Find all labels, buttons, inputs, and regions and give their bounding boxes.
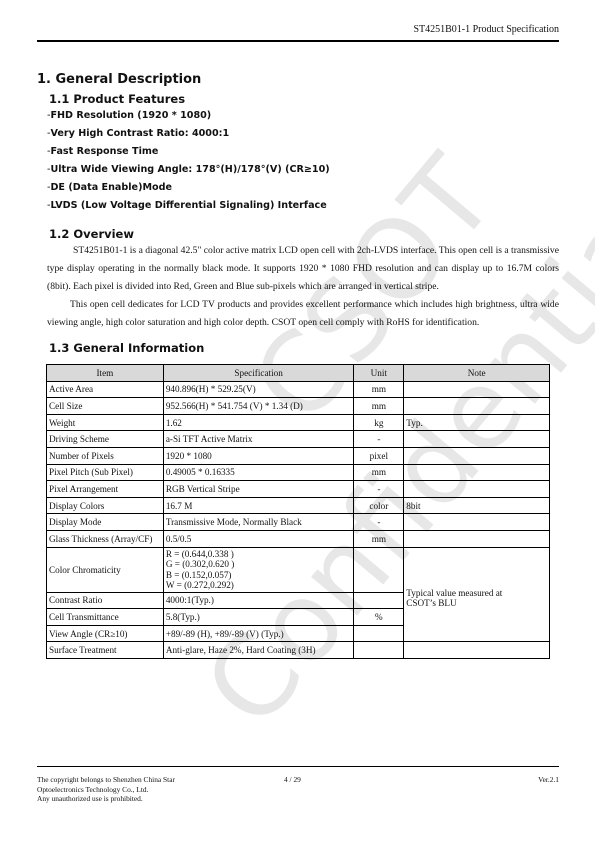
cell-unit: mm bbox=[354, 464, 404, 481]
cell-item: View Angle (CR≥10) bbox=[47, 625, 164, 642]
section-title: 1. General Description bbox=[37, 72, 201, 87]
feature-item: -FHD Resolution (1920 * 1080) bbox=[47, 110, 211, 121]
footer-divider bbox=[37, 766, 559, 767]
cell-item: Cell Size bbox=[47, 398, 164, 415]
cell-note bbox=[404, 530, 550, 547]
cell-spec: 952.566(H) * 541.754 (V) * 1.34 (D) bbox=[163, 398, 354, 415]
table-row: Display ModeTransmissive Mode, Normally … bbox=[47, 514, 550, 531]
cell-note bbox=[404, 447, 550, 464]
cell-unit: color bbox=[354, 497, 404, 514]
table-row: Glass Thickness (Array/CF)0.5/0.5mm bbox=[47, 530, 550, 547]
cell-item: Display Colors bbox=[47, 497, 164, 514]
cell-item: Weight bbox=[47, 414, 164, 431]
cell-spec: 0.5/0.5 bbox=[163, 530, 354, 547]
general-info-heading: 1.3 General Information bbox=[49, 341, 204, 355]
cell-spec: 4000:1(Typ.) bbox=[163, 592, 354, 609]
cell-spec: +89/-89 (H), +89/-89 (V) (Typ.) bbox=[163, 625, 354, 642]
cell-spec: 0.49005 * 0.16335 bbox=[163, 464, 354, 481]
col-header-item: Item bbox=[47, 365, 164, 382]
header-divider bbox=[37, 40, 559, 42]
cell-spec: 940.896(H) * 529.25(V) bbox=[163, 381, 354, 398]
cell-unit bbox=[354, 547, 404, 592]
table-row: Display Colors16.7 Mcolor8bit bbox=[47, 497, 550, 514]
cell-unit: - bbox=[354, 431, 404, 448]
cell-item: Glass Thickness (Array/CF) bbox=[47, 530, 164, 547]
table-row: Driving Schemea-Si TFT Active Matrix- bbox=[47, 431, 550, 448]
feature-item: -DE (Data Enable)Mode bbox=[47, 182, 172, 193]
cell-spec: 1.62 bbox=[163, 414, 354, 431]
cell-item: Number of Pixels bbox=[47, 447, 164, 464]
cell-item: Display Mode bbox=[47, 514, 164, 531]
cell-unit: % bbox=[354, 609, 404, 626]
cell-note bbox=[404, 464, 550, 481]
cell-unit bbox=[354, 625, 404, 642]
feature-item: -LVDS (Low Voltage Differential Signalin… bbox=[47, 200, 327, 211]
cell-spec: Transmissive Mode, Normally Black bbox=[163, 514, 354, 531]
cell-unit: - bbox=[354, 514, 404, 531]
table-row: Pixel ArrangementRGB Vertical Stripe- bbox=[47, 481, 550, 498]
cell-item: Active Area bbox=[47, 381, 164, 398]
table-row: Color ChromaticityR = (0.644,0.338 )G = … bbox=[47, 547, 550, 592]
overview-heading: 1.2 Overview bbox=[49, 227, 134, 241]
cell-unit: mm bbox=[354, 398, 404, 415]
cell-spec: 1920 * 1080 bbox=[163, 447, 354, 464]
cell-item: Driving Scheme bbox=[47, 431, 164, 448]
cell-item: Cell Transmittance bbox=[47, 609, 164, 626]
cell-item: Pixel Arrangement bbox=[47, 481, 164, 498]
cell-unit: - bbox=[354, 481, 404, 498]
cell-unit bbox=[354, 642, 404, 659]
cell-unit bbox=[354, 592, 404, 609]
cell-note: Typ. bbox=[404, 414, 550, 431]
cell-note bbox=[404, 381, 550, 398]
cell-unit: mm bbox=[354, 381, 404, 398]
cell-note bbox=[404, 481, 550, 498]
cell-unit: kg bbox=[354, 414, 404, 431]
cell-item: Contrast Ratio bbox=[47, 592, 164, 609]
cell-spec: 16.7 M bbox=[163, 497, 354, 514]
cell-unit: mm bbox=[354, 530, 404, 547]
cell-note bbox=[404, 642, 550, 659]
features-heading: 1.1 Product Features bbox=[49, 92, 185, 106]
page-number: 4 / 29 bbox=[284, 775, 301, 785]
cell-item: Surface Treatment bbox=[47, 642, 164, 659]
table-row: Number of Pixels1920 * 1080pixel bbox=[47, 447, 550, 464]
table-row: Pixel Pitch (Sub Pixel)0.49005 * 0.16335… bbox=[47, 464, 550, 481]
cell-note bbox=[404, 431, 550, 448]
col-header-note: Note bbox=[404, 365, 550, 382]
feature-item: -Ultra Wide Viewing Angle: 178°(H)/178°(… bbox=[47, 164, 330, 175]
overview-paragraph: ST4251B01-1 is a diagonal 42.5" color ac… bbox=[47, 242, 559, 296]
table-row: Surface TreatmentAnti-glare, Haze 2%, Ha… bbox=[47, 642, 550, 659]
cell-item: Pixel Pitch (Sub Pixel) bbox=[47, 464, 164, 481]
col-header-spec: Specification bbox=[163, 365, 354, 382]
version-label: Ver.2.1 bbox=[538, 775, 559, 785]
table-row: Cell Size952.566(H) * 541.754 (V) * 1.34… bbox=[47, 398, 550, 415]
cell-note: Typical value measured atCSOT’s BLU bbox=[404, 547, 550, 642]
table-header-row: Item Specification Unit Note bbox=[47, 365, 550, 382]
cell-note: 8bit bbox=[404, 497, 550, 514]
cell-unit: pixel bbox=[354, 447, 404, 464]
cell-spec: R = (0.644,0.338 )G = (0.302,0.620 )B = … bbox=[163, 547, 354, 592]
cell-spec: RGB Vertical Stripe bbox=[163, 481, 354, 498]
col-header-unit: Unit bbox=[354, 365, 404, 382]
table-row: Active Area940.896(H) * 529.25(V)mm bbox=[47, 381, 550, 398]
page-header-title: ST4251B01-1 Product Specification bbox=[413, 24, 559, 35]
feature-item: -Very High Contrast Ratio: 4000:1 bbox=[47, 128, 229, 139]
feature-item: -Fast Response Time bbox=[47, 146, 158, 157]
cell-spec: a-Si TFT Active Matrix bbox=[163, 431, 354, 448]
footer-copyright: The copyright belongs to Shenzhen China … bbox=[37, 775, 175, 804]
cell-note bbox=[404, 398, 550, 415]
cell-spec: 5.8(Typ.) bbox=[163, 609, 354, 626]
cell-spec: Anti-glare, Haze 2%, Hard Coating (3H) bbox=[163, 642, 354, 659]
cell-note bbox=[404, 514, 550, 531]
general-info-table: Item Specification Unit Note Active Area… bbox=[46, 364, 550, 659]
table-row: Weight1.62kgTyp. bbox=[47, 414, 550, 431]
overview-paragraph: This open cell dedicates for LCD TV prod… bbox=[47, 296, 559, 332]
cell-item: Color Chromaticity bbox=[47, 547, 164, 592]
